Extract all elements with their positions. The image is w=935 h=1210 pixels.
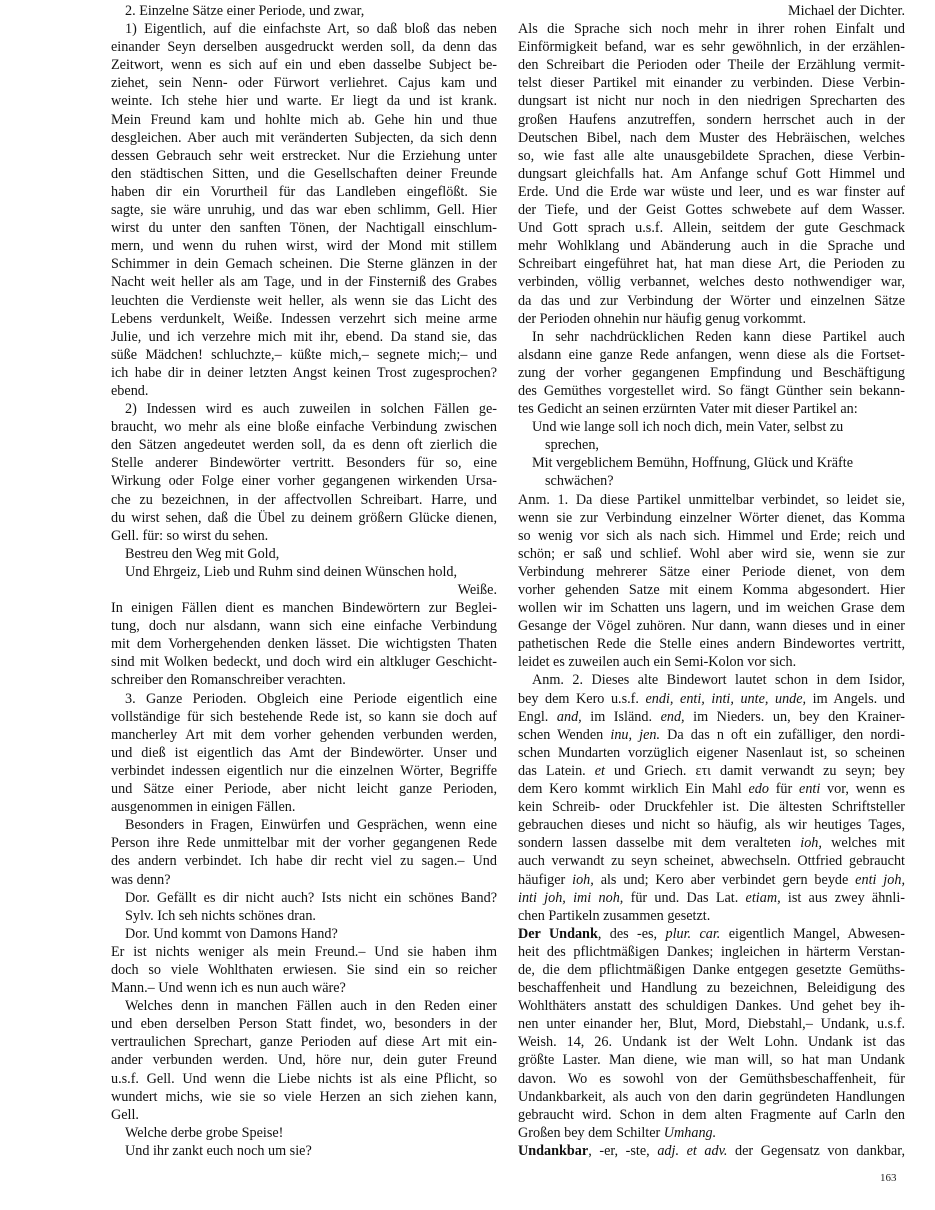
text-line: Lebens verdunkelt, Weiße. Indessen verze… bbox=[111, 310, 497, 328]
text-line: braucht, wo mehr als eine bloße einfache… bbox=[111, 418, 497, 436]
text-line: ebend. bbox=[111, 382, 497, 400]
right-column: Michael der Dichter.Als die Sprache sich… bbox=[518, 2, 905, 1160]
text-line: so, wie fast alle alte unausgebildete Sp… bbox=[518, 147, 905, 165]
text-line: dungsart ist nicht nur noch in den niedr… bbox=[518, 92, 905, 110]
text-line: alsdann eine ganze Rede anfangen, wenn d… bbox=[518, 346, 905, 364]
text-line: zung der vorher gegangenen Empfindung un… bbox=[518, 364, 905, 382]
text-line: Großen bey dem Schilter Umhang. bbox=[518, 1124, 905, 1142]
text-line: Bestreu den Weg mit Gold, bbox=[111, 545, 497, 563]
text-line: chen Partikeln zusammen gesetzt. bbox=[518, 907, 905, 925]
text-line: Wohlthäters anstatt des schuldigen Danke… bbox=[518, 997, 905, 1015]
text-line: schön; er saß und schlief. Wohl aber wir… bbox=[518, 545, 905, 563]
text-line: Der Undank, des -es, plur. car. eigentli… bbox=[518, 925, 905, 943]
text-line: mehr Wohlklang und Abänderung auch in di… bbox=[518, 237, 905, 255]
text-line: Gell. bbox=[111, 1106, 497, 1124]
text-line: ander verbunden werden. Und, höre nur, d… bbox=[111, 1051, 497, 1069]
text-line: du wirst sehen, daß die Übel zu deinem g… bbox=[111, 509, 497, 527]
text-line: Mein Freund kam und hohlte mich ab. Gehe… bbox=[111, 111, 497, 129]
text-line: Undankbar, -er, -ste, adj. et adv. der G… bbox=[518, 1142, 905, 1160]
text-line: Gesange der Vögel zuhören. Nur dann, wan… bbox=[518, 617, 905, 635]
text-line: Und Ehrgeiz, Lieb und Ruhm sind deinen W… bbox=[111, 563, 497, 581]
text-line: süße Mädchen! schluchzte,– küßte mich,– … bbox=[111, 346, 497, 364]
text-line: und dieß ist eigentlich das Amt der Bind… bbox=[111, 744, 497, 762]
left-column: 2. Einzelne Sätze einer Periode, und zwa… bbox=[111, 2, 497, 1160]
text-line: kein Schreib- oder Druckfehler ist. Die … bbox=[518, 798, 905, 816]
text-line: den Schreibart die Perioden oder Theile … bbox=[518, 56, 905, 74]
text-line: Deutschen Bibel, nach dem Muster des Heb… bbox=[518, 129, 905, 147]
text-line: Mann.– Und wenn ich es nun auch wäre? bbox=[111, 979, 497, 997]
text-line: größte Laster. Man diene, wie man will, … bbox=[518, 1051, 905, 1069]
text-line: leidet es zuweilen auch ein Semi-Kolon v… bbox=[518, 653, 905, 671]
text-line: schreiber den Romanschreiber verachten. bbox=[111, 671, 497, 689]
text-line: Person ihre Rede unmittelbar mit der vor… bbox=[111, 834, 497, 852]
text-line: u.s.f. Gell. Und wenn die Liebe nichts i… bbox=[111, 1070, 497, 1088]
text-line: davon. Wo es sowohl von der Gemüthsbesch… bbox=[518, 1070, 905, 1088]
text-line: ausgenommen in einigen Fällen. bbox=[111, 798, 497, 816]
text-line: Besonders in Fragen, Einwürfen und Gespr… bbox=[111, 816, 497, 834]
text-line: Welche derbe grobe Speise! bbox=[111, 1124, 497, 1142]
text-line: weinte. Ich stehe hier und warte. Er lie… bbox=[111, 92, 497, 110]
text-line: schwächen? bbox=[518, 472, 905, 490]
text-line: Schreibart eingeführet hat, hat man dies… bbox=[518, 255, 905, 273]
text-line: pathetischen Rede die Stelle eines ander… bbox=[518, 635, 905, 653]
text-line: Engl. and, im Isländ. end, im Nieders. u… bbox=[518, 708, 905, 726]
text-line: vollständige für sich bestehende Rede is… bbox=[111, 708, 497, 726]
text-line: dungsart gleichfalls hat. Am Anfange sch… bbox=[518, 165, 905, 183]
text-line: großen Haufens anzutreffen, sondern herr… bbox=[518, 111, 905, 129]
text-line: In sehr nachdrücklichen Reden kann diese… bbox=[518, 328, 905, 346]
text-line: 3. Ganze Perioden. Obgleich eine Periode… bbox=[111, 690, 497, 708]
text-line: Julie, und ich verzehre mich mit ihr, eb… bbox=[111, 328, 497, 346]
text-line: telst dieser Partikel mit einander zu ve… bbox=[518, 74, 905, 92]
text-line: gebraucht wird. Schon in dem alten Fragm… bbox=[518, 1106, 905, 1124]
text-line: Stelle anderer Bindewörter vertritt. Bes… bbox=[111, 454, 497, 472]
text-line: des andern verbindet. Ich habe dir recht… bbox=[111, 852, 497, 870]
text-line: Wirkung oder Folge einer vorher gegangen… bbox=[111, 472, 497, 490]
text-line: mern, und wenn du ruhen wirst, wird der … bbox=[111, 237, 497, 255]
text-line: ich habe dir in deiner letzten Angst kei… bbox=[111, 364, 497, 382]
text-line: wenn sie zur Verbindung einzelner Wörter… bbox=[518, 509, 905, 527]
text-line: Nacht weit heller als am Tage, und in de… bbox=[111, 273, 497, 291]
text-line: Erde. Und die Erde war wüste und leer, u… bbox=[518, 183, 905, 201]
text-line: Er ist nichts weniger als mein Freund.– … bbox=[111, 943, 497, 961]
text-line: sprechen, bbox=[518, 436, 905, 454]
text-line: 2) Indessen wird es auch zuweilen in sol… bbox=[111, 400, 497, 418]
text-line: Gell. für: so wirst du sehen. bbox=[111, 527, 497, 545]
text-line: Zeitwort, wenn es sich auf ein und eben … bbox=[111, 56, 497, 74]
text-line: bey dem Kero u.s.f. endi, enti, inti, un… bbox=[518, 690, 905, 708]
text-line: 1) Eigentlich, auf die einfachste Art, s… bbox=[111, 20, 497, 38]
text-line: Welches denn in manchen Fällen auch in d… bbox=[111, 997, 497, 1015]
text-line: mancherley Art mit dem vorher gehenden v… bbox=[111, 726, 497, 744]
text-line: beschaffenheit und Handlung zu bezeichne… bbox=[518, 979, 905, 997]
text-line: nen unter einander her, Blut, Mord, Dieb… bbox=[518, 1015, 905, 1033]
text-line: Anm. 1. Da diese Partikel unmittelbar ve… bbox=[518, 491, 905, 509]
text-line: inti joh, imi noh, für und. Das Lat. eti… bbox=[518, 889, 905, 907]
text-line: 2. Einzelne Sätze einer Periode, und zwa… bbox=[111, 2, 497, 20]
text-line: und eben derselben Person Statt findet, … bbox=[111, 1015, 497, 1033]
text-line: doch so viele Wohlthaten erwiesen. Sie s… bbox=[111, 961, 497, 979]
text-line: verbindet indessen eigentlich nur die ei… bbox=[111, 762, 497, 780]
text-line: Und Gott sprach u.s.f. Allein, seitdem d… bbox=[518, 219, 905, 237]
text-line: de, die dem pflichtmäßigen Danke entgege… bbox=[518, 961, 905, 979]
text-line: einander Seyn derselben ausgedruckt werd… bbox=[111, 38, 497, 56]
text-line: Dor. Gefällt es dir nicht auch? Ists nic… bbox=[111, 889, 497, 907]
text-line: che zu bezeichnen, in der affectvollen S… bbox=[111, 491, 497, 509]
text-line: wollen wir im Schatten uns lagern, und i… bbox=[518, 599, 905, 617]
text-line: mit dem Vorhergehenden denken lässet. Di… bbox=[111, 635, 497, 653]
text-line: verbinden, völlig verbannet, welches des… bbox=[518, 273, 905, 291]
text-line: gebrauchen dieses und nicht so häufig, a… bbox=[518, 816, 905, 834]
text-line: wundert michs, wie sie so viele Herzen a… bbox=[111, 1088, 497, 1106]
text-line: Und wie lange soll ich noch dich, mein V… bbox=[518, 418, 905, 436]
text-line: tes Gedicht an seinen erzürnten Vater mi… bbox=[518, 400, 905, 418]
text-line: vorher gehenden Satze mit einem Komma ab… bbox=[518, 581, 905, 599]
text-line: desgleichen. Aber auch mit veränderten S… bbox=[111, 129, 497, 147]
text-line: In einigen Fällen dient es manchen Binde… bbox=[111, 599, 497, 617]
text-line: da das und zur Verbindung der Wörter und… bbox=[518, 292, 905, 310]
text-line: des Gemüthes vorgestellet wird. So fängt… bbox=[518, 382, 905, 400]
text-line: Sylv. Ich seh nichts schönes dran. bbox=[111, 907, 497, 925]
text-line: sagte, sie wäre unruhig, und das war ebe… bbox=[111, 201, 497, 219]
text-line: Mit vergeblichem Bemühn, Hoffnung, Glück… bbox=[518, 454, 905, 472]
text-line: was denn? bbox=[111, 871, 497, 889]
text-line: Weiße. bbox=[111, 581, 497, 599]
text-line: dem Kero kommt wirklich Ein Mahl edo für… bbox=[518, 780, 905, 798]
text-line: das Latein. et und Griech. ετι damit ver… bbox=[518, 762, 905, 780]
text-line: Einförmigkeit befand, war es sehr gewöhn… bbox=[518, 38, 905, 56]
text-line: den Sätzen angedeutet werden soll, da es… bbox=[111, 436, 497, 454]
text-line: Michael der Dichter. bbox=[518, 2, 905, 20]
text-line: Als die Sprache sich noch mehr in ihrer … bbox=[518, 20, 905, 38]
text-line: so wenig vor sich als nach sich. Himmel … bbox=[518, 527, 905, 545]
text-line: Weish. 14, 26. Undank ist der Welt Lohn.… bbox=[518, 1033, 905, 1051]
text-line: tung, doch nur alsdann, wann sich eine e… bbox=[111, 617, 497, 635]
text-line: der Tiefe, und der Geist Gottes schwebet… bbox=[518, 201, 905, 219]
text-line: Verbindung mehrerer Sätze einer Periode … bbox=[518, 563, 905, 581]
text-line: Schimmer in dein Gemach scheinen. Die St… bbox=[111, 255, 497, 273]
text-line: Anm. 2. Dieses alte Bindewort lautet sch… bbox=[518, 671, 905, 689]
text-line: sind mit Wolken bedeckt, und doch wird e… bbox=[111, 653, 497, 671]
text-line: Undankbarkeit, als auch von den darin ge… bbox=[518, 1088, 905, 1106]
text-line: Dor. Und kommt von Damons Hand? bbox=[111, 925, 497, 943]
text-line: leuchten die Verdienste weit heller, als… bbox=[111, 292, 497, 310]
text-line: vertraulichen Sprechart, ganze Perioden … bbox=[111, 1033, 497, 1051]
text-line: haben dir ein Vorurtheil für das Landleb… bbox=[111, 183, 497, 201]
text-line: schen Wenden inu, jen. Da das n oft ein … bbox=[518, 726, 905, 744]
text-line: schen Mundarten vorzüglich eigener Nasen… bbox=[518, 744, 905, 762]
text-line: Und ihr zankt euch noch um sie? bbox=[111, 1142, 497, 1160]
text-line: auch verwandt zu seyn scheinet, abwechse… bbox=[518, 852, 905, 870]
text-line: dessen Gebrauch sehr weit erstrecket. Nu… bbox=[111, 147, 497, 165]
text-line: heit des pflichtmäßigen Dankes; ingleich… bbox=[518, 943, 905, 961]
text-line: wirst du unter den sanften Tönen, der Na… bbox=[111, 219, 497, 237]
text-line: den städtischen Sitten, und die Gesellsc… bbox=[111, 165, 497, 183]
text-line: sondern lassen dasselbe mit dem veraltet… bbox=[518, 834, 905, 852]
text-line: und Sätze einer Periode, aber nicht leic… bbox=[111, 780, 497, 798]
text-line: ziehet, sein Nenn- oder Fürwort verliehr… bbox=[111, 74, 497, 92]
text-line: der Perioden ohnehin nur häufig genug vo… bbox=[518, 310, 905, 328]
page-number: 163 bbox=[880, 1172, 897, 1184]
text-line: häufiger ioh, als und; Kero aber verbind… bbox=[518, 871, 905, 889]
